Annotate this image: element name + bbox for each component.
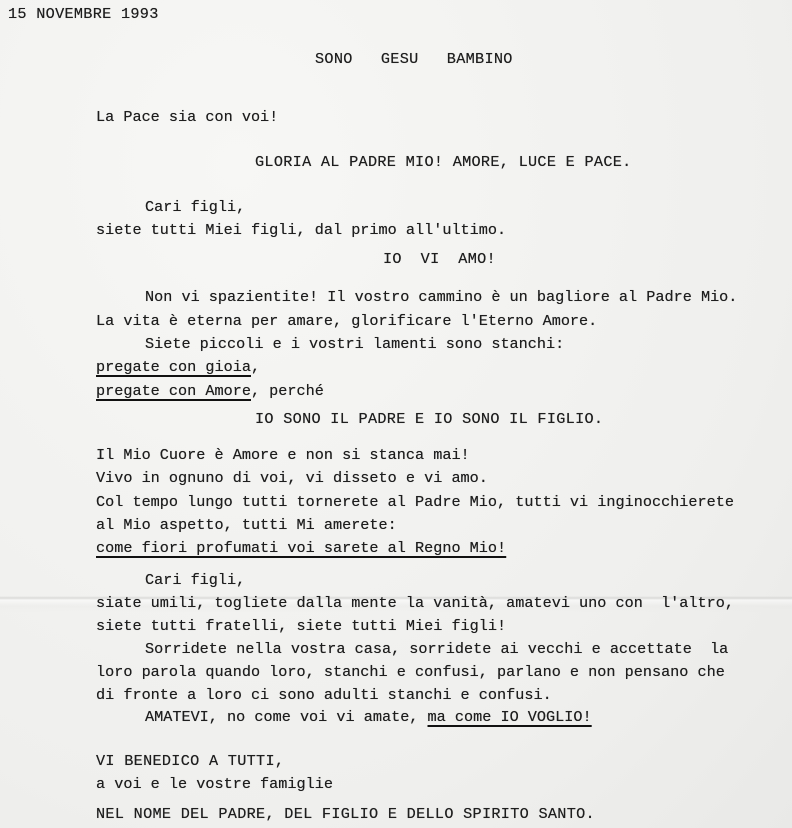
blessing-line1: VI BENEDICO A TUTTI, [96,752,284,770]
para3-line3: Col tempo lungo tutti tornerete al Padre… [96,493,734,511]
para4-line4: Sorridete nella vostra casa, sorridete a… [145,640,728,658]
para4-line5: loro parola quando loro, stanchi e confu… [96,663,725,681]
underlined-text: come fiori profumati voi sarete al Regno… [96,539,506,557]
underlined-text: ma come IO VOGLIO! [428,708,592,726]
paper-page: 15 NOVEMBRE 1993 SONO GESU BAMBINO La Pa… [0,0,792,828]
para3-line2: Vivo in ognuno di voi, vi disseto e vi a… [96,469,488,487]
para4-line1: Cari figli, [145,571,245,589]
para2-line4: pregate con gioia, [96,358,260,376]
para2-line2: La vita è eterna per amare, glorificare … [96,312,597,330]
para4-line7-start: AMATEVI, no come voi vi amate, [145,708,428,726]
para1-line2: siete tutti Miei figli, dal primo all'ul… [96,221,506,239]
para2-line4-rest: , [251,358,260,376]
blessing-line3: NEL NOME DEL PADRE, DEL FIGLIO E DELLO S… [96,805,595,823]
para4-line7: AMATEVI, no come voi vi amate, ma come I… [145,708,592,726]
para4-line3: siete tutti fratelli, siete tutti Miei f… [96,617,506,635]
gloria-heading: GLORIA AL PADRE MIO! AMORE, LUCE E PACE. [255,153,632,171]
document-date: 15 NOVEMBRE 1993 [8,5,159,23]
document-title: SONO GESU BAMBINO [315,50,513,68]
para4-line6: di fronte a loro ci sono adulti stanchi … [96,686,552,704]
para3-line1: Il Mio Cuore è Amore e non si stanca mai… [96,446,470,464]
para2-line5: pregate con Amore, perché [96,382,324,400]
para3-line4: al Mio aspetto, tutti Mi amerete: [96,516,397,534]
greeting: La Pace sia con voi! [96,108,278,126]
para4-line2: siate umili, togliete dalla mente la van… [96,594,734,612]
para2-line3: Siete piccoli e i vostri lamenti sono st… [145,335,564,353]
para2-line5-rest: , perché [251,382,324,400]
para2-line1: Non vi spazientite! Il vostro cammino è … [145,288,737,306]
para3-line5: come fiori profumati voi sarete al Regno… [96,539,506,557]
para1-line1: Cari figli, [145,198,245,216]
blessing-line2: a voi e le vostre famiglie [96,775,333,793]
trinity-heading: IO SONO IL PADRE E IO SONO IL FIGLIO. [255,410,603,428]
underlined-text: pregate con gioia [96,358,251,376]
underlined-text: pregate con Amore [96,382,251,400]
io-vi-amo-heading: IO VI AMO! [383,250,496,268]
